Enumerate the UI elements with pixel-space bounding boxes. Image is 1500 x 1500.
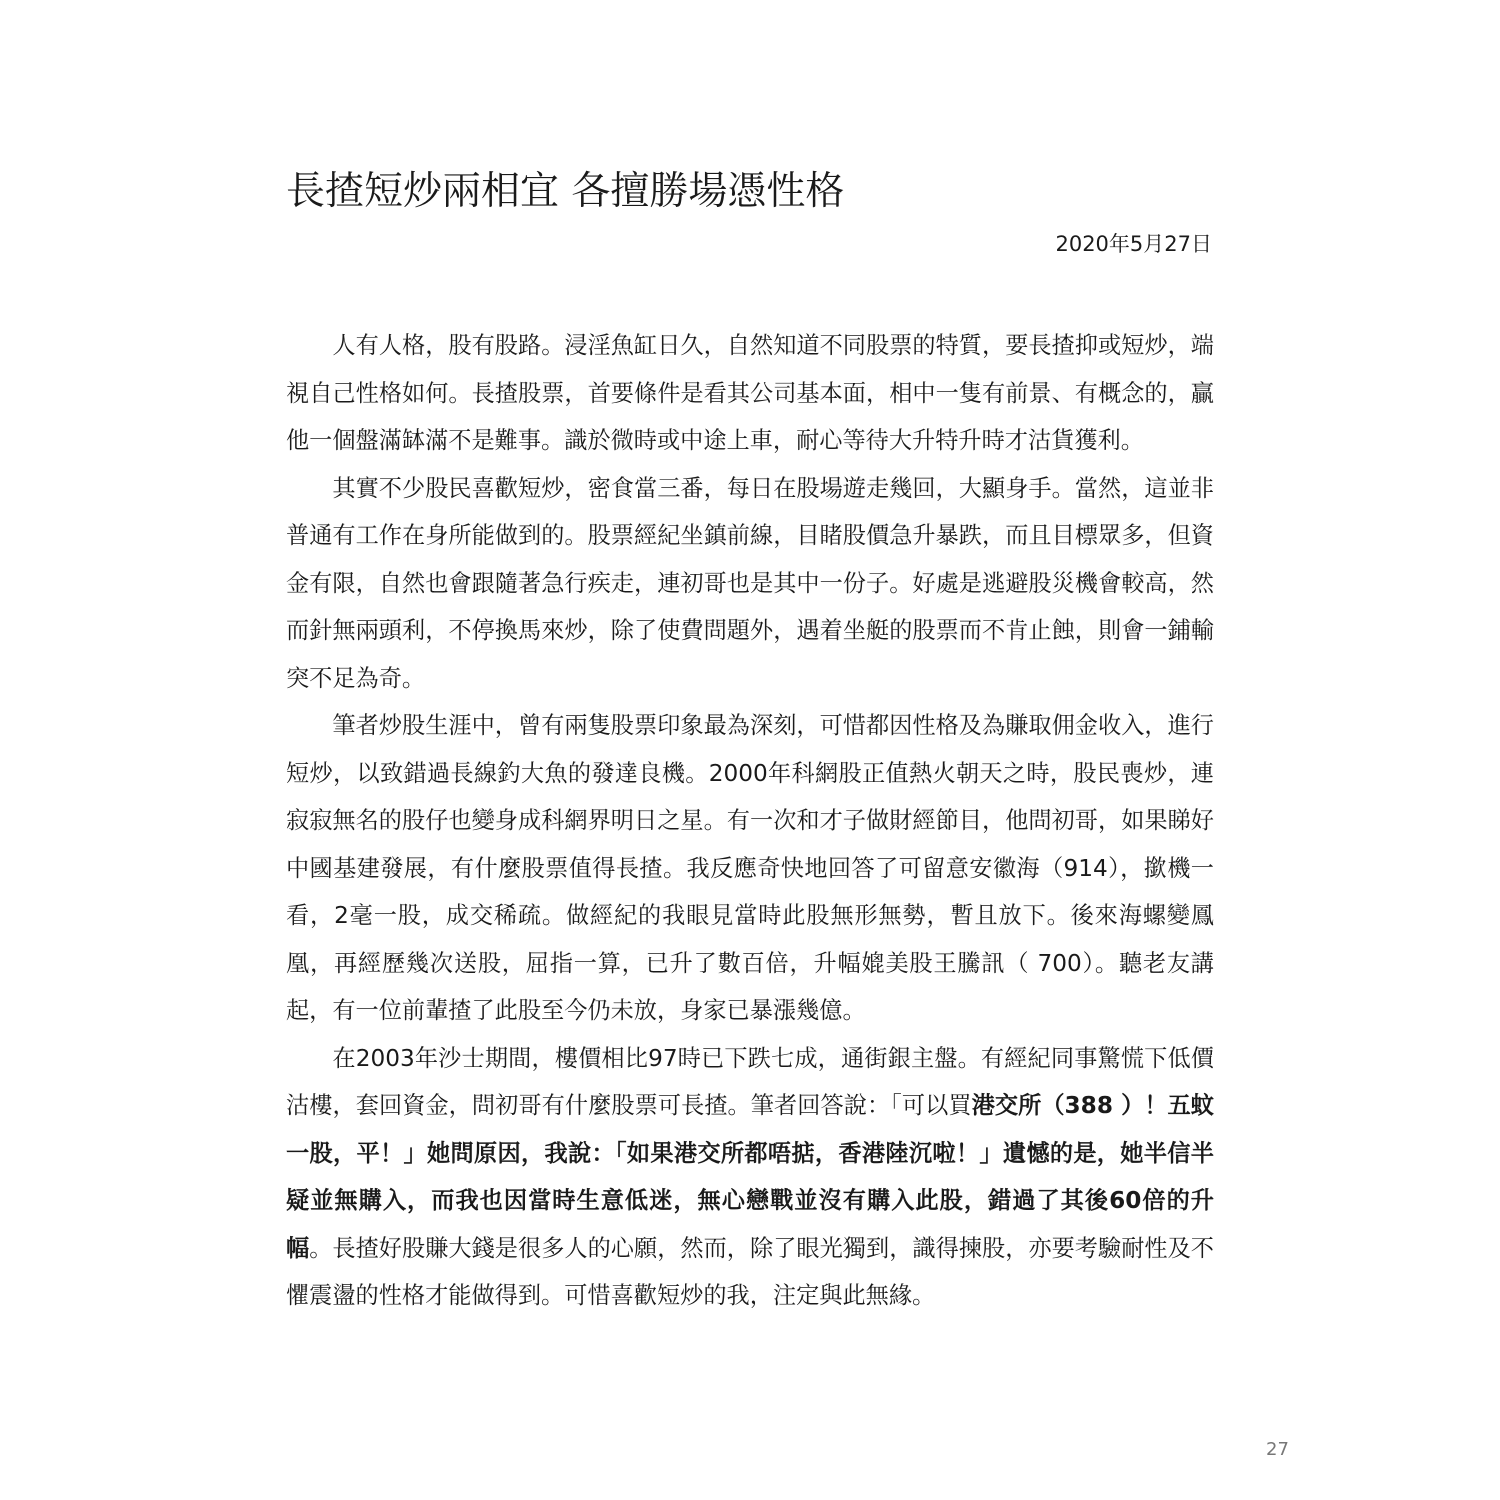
article-title: 長揸短炒兩相宜 各擅勝場憑性格 bbox=[286, 164, 844, 220]
paragraph-3: 筆者炒股生涯中，曾有兩隻股票印象最為深刻，可惜都因性格及為賺取佣金收入，進行短炒… bbox=[286, 702, 1214, 1035]
paragraph-text: 其實不少股民喜歡短炒，密食當三番，每日在股場遊走幾回，大顯身手。當然，這並非普通… bbox=[286, 475, 1214, 692]
paragraph-text: 筆者炒股生涯中，曾有兩隻股票印象最為深刻，可惜都因性格及為賺取佣金收入，進行短炒… bbox=[286, 712, 1214, 1024]
document-page: 長揸短炒兩相宜 各擅勝場憑性格 2020年5月27日 人有人格，股有股路。浸淫魚… bbox=[0, 0, 1500, 1500]
paragraph-4: 在2003年沙士期間，樓價相比97時已下跌七成，通街銀主盤。有經紀同事驚慌下低價… bbox=[286, 1035, 1214, 1320]
article-date: 2020年5月27日 bbox=[1055, 228, 1212, 260]
paragraph-2: 其實不少股民喜歡短炒，密食當三番，每日在股場遊走幾回，大顯身手。當然，這並非普通… bbox=[286, 465, 1214, 703]
paragraph-text: 人有人格，股有股路。浸淫魚缸日久，自然知道不同股票的特質，要長揸抑或短炒，端視自… bbox=[286, 332, 1214, 454]
page-number: 27 bbox=[1266, 1438, 1289, 1462]
article-body: 人有人格，股有股路。浸淫魚缸日久，自然知道不同股票的特質，要長揸抑或短炒，端視自… bbox=[286, 322, 1214, 1320]
paragraph-text: 。長揸好股賺大錢是很多人的心願，然而，除了眼光獨到，識得揀股，亦要考驗耐性及不懼… bbox=[286, 1235, 1214, 1310]
paragraph-1: 人有人格，股有股路。浸淫魚缸日久，自然知道不同股票的特質，要長揸抑或短炒，端視自… bbox=[286, 322, 1214, 465]
